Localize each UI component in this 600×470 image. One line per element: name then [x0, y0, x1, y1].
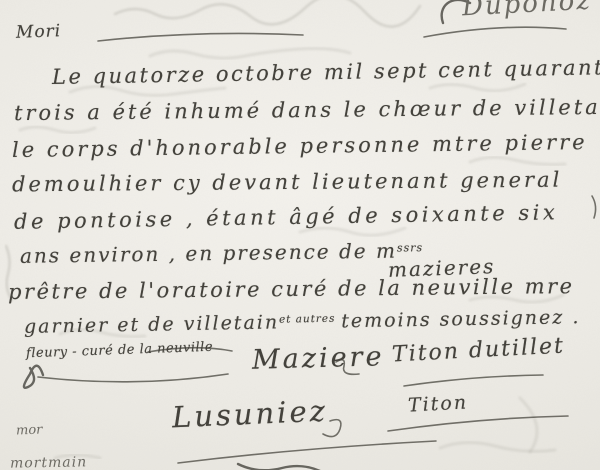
right-edge-pen-mark [592, 196, 596, 218]
margin-note: Mori [16, 23, 62, 42]
body-line-8: garnier et de villetainet autres temoins… [24, 308, 581, 337]
bleedthrough-mark [115, 0, 420, 27]
bleedthrough-mark [300, 228, 405, 235]
bottom-cut-signature-stroke [238, 464, 320, 470]
signature-titon: Titon [408, 393, 469, 415]
dash-after-margin-note [98, 33, 303, 41]
titon-underline [388, 416, 568, 431]
fleury-paraph [24, 366, 43, 388]
signature-lusuniez: Lusuniez [171, 397, 328, 433]
bleedthrough-mark [440, 442, 555, 451]
body-line-8-text: garnier et de villetain [24, 311, 279, 337]
top-right-dash [424, 27, 566, 37]
bottom-rule-stroke [178, 441, 436, 463]
body-line-2: trois a été inhumé dans le chœur de vill… [14, 97, 600, 124]
body-line-5: de pontoise , étant âgé de soixante six [14, 202, 559, 232]
bottom-note-2: mortmain [10, 455, 87, 470]
body-line-3: le corps d'honorable personne mtre pierr… [12, 132, 588, 161]
body-line-1: Le quatorze octobre mil sept cent quaran… [52, 57, 600, 88]
bleedthrough-mark [150, 49, 350, 59]
body-line-8-superscript: et autres [279, 313, 336, 326]
bottom-note-1: mor [16, 424, 43, 438]
titon-dutillet-underline [404, 375, 543, 386]
body-line-7: prêtre de l'oratoire curé de la neuville… [8, 276, 575, 303]
body-line-6-text: ans environ , en presence de m [20, 239, 397, 268]
body-line-6: ans environ , en presence de mssrs [20, 240, 423, 266]
bleedthrough-mark [430, 84, 525, 91]
body-line-4: demoulhier cy devant lieutenant general [12, 170, 562, 196]
bleedthrough-mark [20, 127, 95, 133]
signature-fleury: fleury - curé de la neuville [26, 341, 213, 361]
corner-inscription: Duponoz [461, 0, 592, 20]
fleury-paraph-tail [38, 374, 228, 382]
manuscript-scan: Duponoz Mori Le quatorze octobre mil sep… [0, 0, 600, 470]
bleedthrough-mark [520, 398, 537, 452]
signature-maziere: Maziere [252, 343, 385, 373]
body-line-6-superscript: ssrs [397, 241, 423, 254]
signature-titon-dutillet: Titon dutillet [392, 335, 566, 366]
body-line-8-tail: temoins soussignez . [341, 306, 581, 332]
bleedthrough-mark [470, 157, 565, 164]
